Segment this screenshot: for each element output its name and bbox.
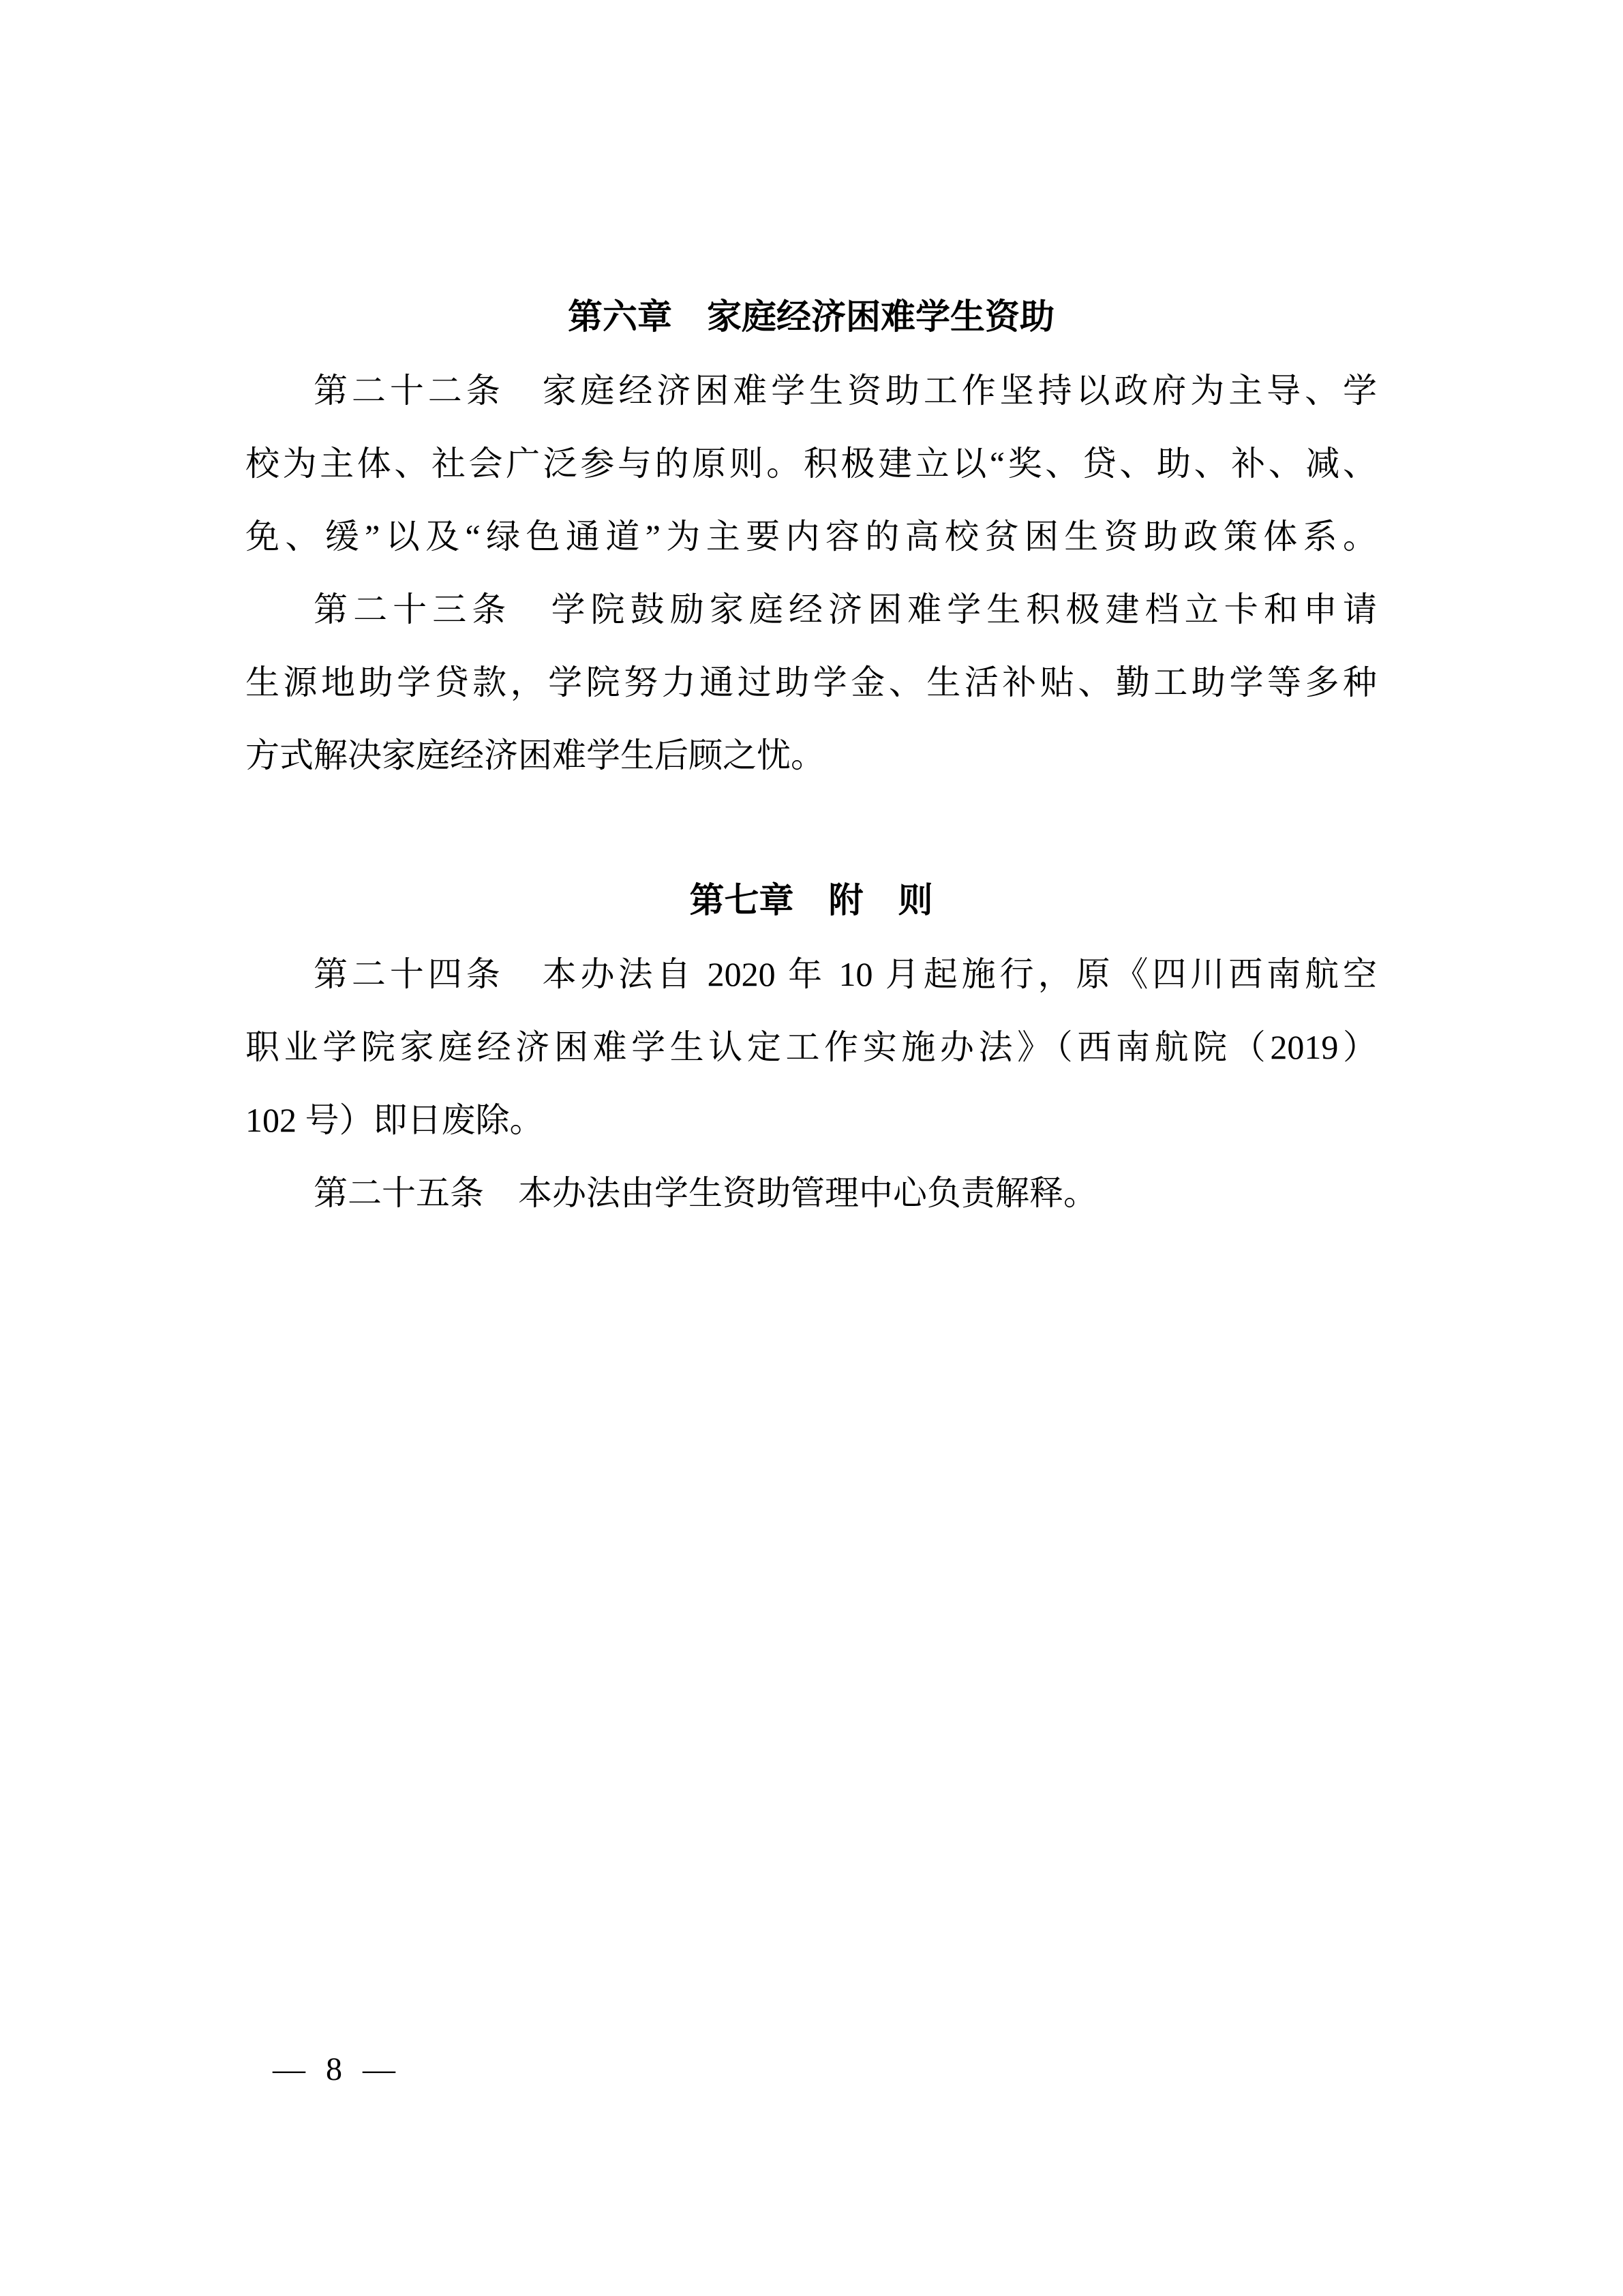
page-number: — 8 — (273, 2051, 395, 2088)
document-body: 第六章 家庭经济困难学生资助 第二十二条 家庭经济困难学生资助工作坚持以政府为主… (245, 282, 1377, 1230)
article-23-line-3: 方式解决家庭经济困难学生后顾之忧。 (245, 719, 1377, 792)
article-25-line-1: 第二十五条 本办法由学生资助管理中心负责解释。 (245, 1157, 1377, 1230)
article-22-line-2: 校为主体、社会广泛参与的原则。积极建立以“奖、贷、助、补、减、 (245, 427, 1377, 500)
article-24-line-3: 102 号）即日废除。 (245, 1084, 1377, 1157)
article-22-line-3: 免、缓”以及“绿色通道”为主要内容的高校贫困生资助政策体系。 (245, 500, 1377, 573)
document-page: 第六章 家庭经济困难学生资助 第二十二条 家庭经济困难学生资助工作坚持以政府为主… (0, 0, 1623, 2296)
chapter-six-heading: 第六章 家庭经济困难学生资助 (245, 282, 1377, 354)
article-22-line-1: 第二十二条 家庭经济困难学生资助工作坚持以政府为主导、学 (245, 354, 1377, 427)
article-23-line-2: 生源地助学贷款，学院努力通过助学金、生活补贴、勤工助学等多种 (245, 646, 1377, 719)
chapter-seven-heading: 第七章 附 则 (245, 865, 1377, 938)
blank-line (245, 792, 1377, 865)
article-24-line-2: 职业学院家庭经济困难学生认定工作实施办法》（西南航院（2019） (245, 1011, 1377, 1084)
article-23-line-1: 第二十三条 学院鼓励家庭经济困难学生积极建档立卡和申请 (245, 573, 1377, 646)
article-24-line-1: 第二十四条 本办法自 2020 年 10 月起施行，原《四川西南航空 (245, 938, 1377, 1011)
